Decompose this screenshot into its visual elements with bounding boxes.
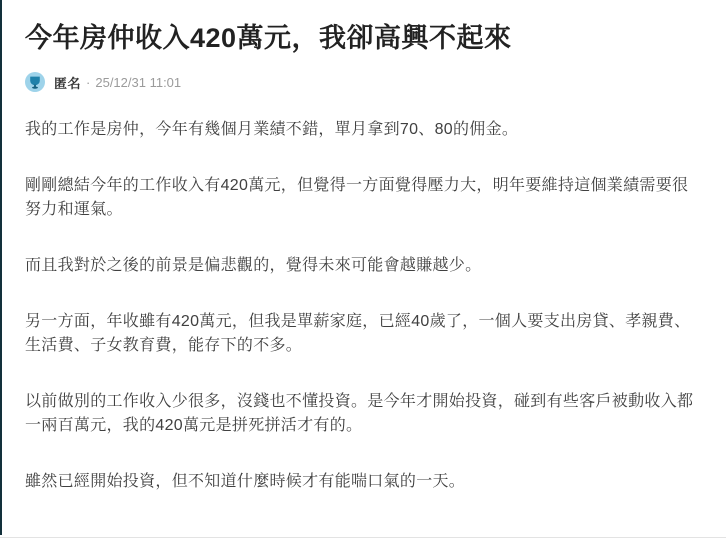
author-row: 匿名 · 25/12/31 11:01 [25,72,702,92]
forum-post-page: 今年房仲收入420萬元，我卻高興不起來 匿名 · 25/12/31 11:01 … [0,0,726,538]
post-timestamp: 25/12/31 11:01 [95,75,181,90]
post-paragraph: 另一方面，年收雖有420萬元，但我是單薪家庭，已經40歲了，一個人要支出房貸、孝… [25,310,702,358]
post-body: 我的工作是房仲，今年有幾個月業績不錯，單月拿到70、80的佣金。剛剛總結今年的工… [25,118,702,494]
post-article: 今年房仲收入420萬元，我卻高興不起來 匿名 · 25/12/31 11:01 … [0,0,726,494]
post-paragraph: 雖然已經開始投資，但不知道什麼時候才有能喘口氣的一天。 [25,470,702,494]
anonymous-avatar-icon[interactable] [25,72,45,92]
post-paragraph: 剛剛總結今年的工作收入有420萬元，但覺得一方面覺得壓力大，明年要維持這個業績需… [25,174,702,222]
post-title: 今年房仲收入420萬元，我卻高興不起來 [25,21,702,56]
left-edge-border [0,0,2,535]
post-paragraph: 我的工作是房仲，今年有幾個月業績不錯，單月拿到70、80的佣金。 [25,118,702,142]
author-name[interactable]: 匿名 [54,73,81,92]
post-paragraph: 以前做別的工作收入少很多，沒錢也不懂投資。是今年才開始投資，碰到有些客戶被動收入… [25,390,702,438]
post-paragraph: 而且我對於之後的前景是偏悲觀的，覺得未來可能會越賺越少。 [25,254,702,278]
separator-dot: · [86,75,90,90]
